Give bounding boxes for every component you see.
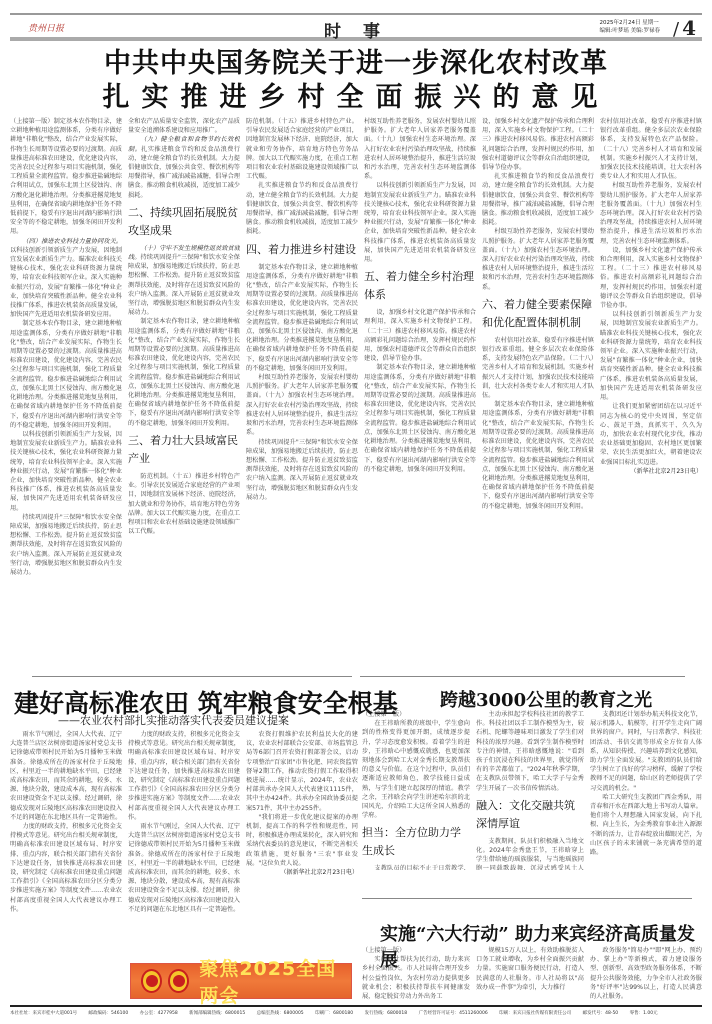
divider xyxy=(32,676,352,677)
article3-col-2: 主动承担起学校科技社团的教学工作。科技社团以手工制作模型为主，较石机、陀螺等趣味… xyxy=(476,710,584,870)
section-heading-2: 二、持续巩固拓展脱贫攻坚成果 xyxy=(128,204,240,240)
divider xyxy=(360,676,685,677)
main-col-6: 农村信用社改革，稳妥有序推进村镇银行改革重组。健全多层次农业保险体系，支持发展特… xyxy=(600,117,702,647)
article4-col-2: 规模15万人以上，有效助推脱贫人口务工就业增收，为乡村全面振兴贡献力量。实施窗口… xyxy=(476,946,584,1002)
section-heading-6: 六、着力健全要素保障和优化配置体制机制 xyxy=(482,296,594,332)
editor-credits: 编辑:叶梦瑶 美编:罗禄春 xyxy=(600,27,660,35)
main-col-3: 防范机制。（十五）推进乡村特色产业。引导农民发展适合家庭经营的产业项目，因地制宜… xyxy=(246,117,358,647)
main-col-4: 村级互助性养老服务，发展农村婴幼儿照护服务。扩大老年人居家养老服务覆盖面。（十九… xyxy=(364,117,476,647)
page-number: /4 xyxy=(673,16,696,40)
masthead: 贵州日报 时 事 2025年2月24日 星期一 编辑:叶梦瑶 美编:罗禄春 /4 xyxy=(10,13,702,41)
main-article-body: （上接第一版）制定基本农作物目录，建立耕地种植用途监测体系，分类有序做好耕地"非… xyxy=(10,117,702,647)
section-heading-3: 三、着力壮大县域富民产业 xyxy=(128,432,240,468)
article3-subhead-1: 担当：全方位助力学生成长 xyxy=(362,824,470,860)
article3-col-3: 支教团还计划举办航天科技文化节，展示机器人、航模等，打开学生走向广阔世界的窗户。… xyxy=(590,710,702,870)
main-headline: 中共中央国务院关于进一步深化农村改革 扎实推进乡村全面振兴的意见 xyxy=(0,48,712,114)
divider xyxy=(362,898,692,899)
headline-line1: 中共中央国务院关于进一步深化农村改革 xyxy=(0,48,712,80)
article3-col-1: （上接第一版） 在王祎晗所教的班级中，学生愈向到的性格变得更加开朗，成绩逐步提升… xyxy=(362,710,470,870)
article4-body: （上接第一版） 实施人社帮扶为民行动，助力来宾乡村全面振兴。市人社局将合理开发乡… xyxy=(10,946,702,1002)
article3-subhead-2: 融入：文化交融共筑深情厚谊 xyxy=(476,797,584,833)
section-heading-5: 五、着力健全乡村治理体系 xyxy=(364,268,476,304)
headline-line2: 扎实推进乡村全面振兴的意见 xyxy=(0,82,712,114)
page-footer: 本社社址：来宾市桂中大道001号 邮政编码：546100 办公室：4277958… xyxy=(10,1005,702,1016)
article4-col-1: （上接第一版） 实施人社帮扶为民行动，助力来宾乡村全面振兴。市人社局将合理开发乡… xyxy=(362,946,470,1002)
main-col-1: （上接第一版）制定基本农作物目录，建立耕地种植用途监测体系，分类有序做好耕地"非… xyxy=(10,117,122,647)
date-block: 2025年2月24日 星期一 编辑:叶梦瑶 美编:罗禄春 xyxy=(600,19,660,35)
article3-body: （上接第一版） 在王祎晗所教的班级中，学生愈向到的性格变得更加开朗，成绩逐步提升… xyxy=(10,710,702,870)
main-col-5: 设，加强乡村文化遗产保护传承和合理利用，深入实施乡村文物保护工程。（二十三）推进… xyxy=(482,117,594,647)
article-source: （新华社北京2月23日电） xyxy=(600,467,702,476)
section-title: 时 事 xyxy=(10,17,702,42)
paragraph-lead: （四）推进农业科技力量协同攻关。 xyxy=(22,238,122,245)
article4-col-3: 政务服务"简易办""即"网上办、预约办、掌上办"等新模式，着力建设服务型、创新型… xyxy=(590,946,702,1002)
main-col-2: 全和农产品质量安全监管，深化农产品质量安全追溯体系建设和应用推广。 （九）健全粮… xyxy=(128,117,240,647)
issue-date: 2025年2月24日 星期一 xyxy=(600,19,660,27)
article3-title: 跨越3000公里的教育之光 xyxy=(440,686,652,712)
section-heading-4: 四、着力推进乡村建设 xyxy=(246,241,358,259)
